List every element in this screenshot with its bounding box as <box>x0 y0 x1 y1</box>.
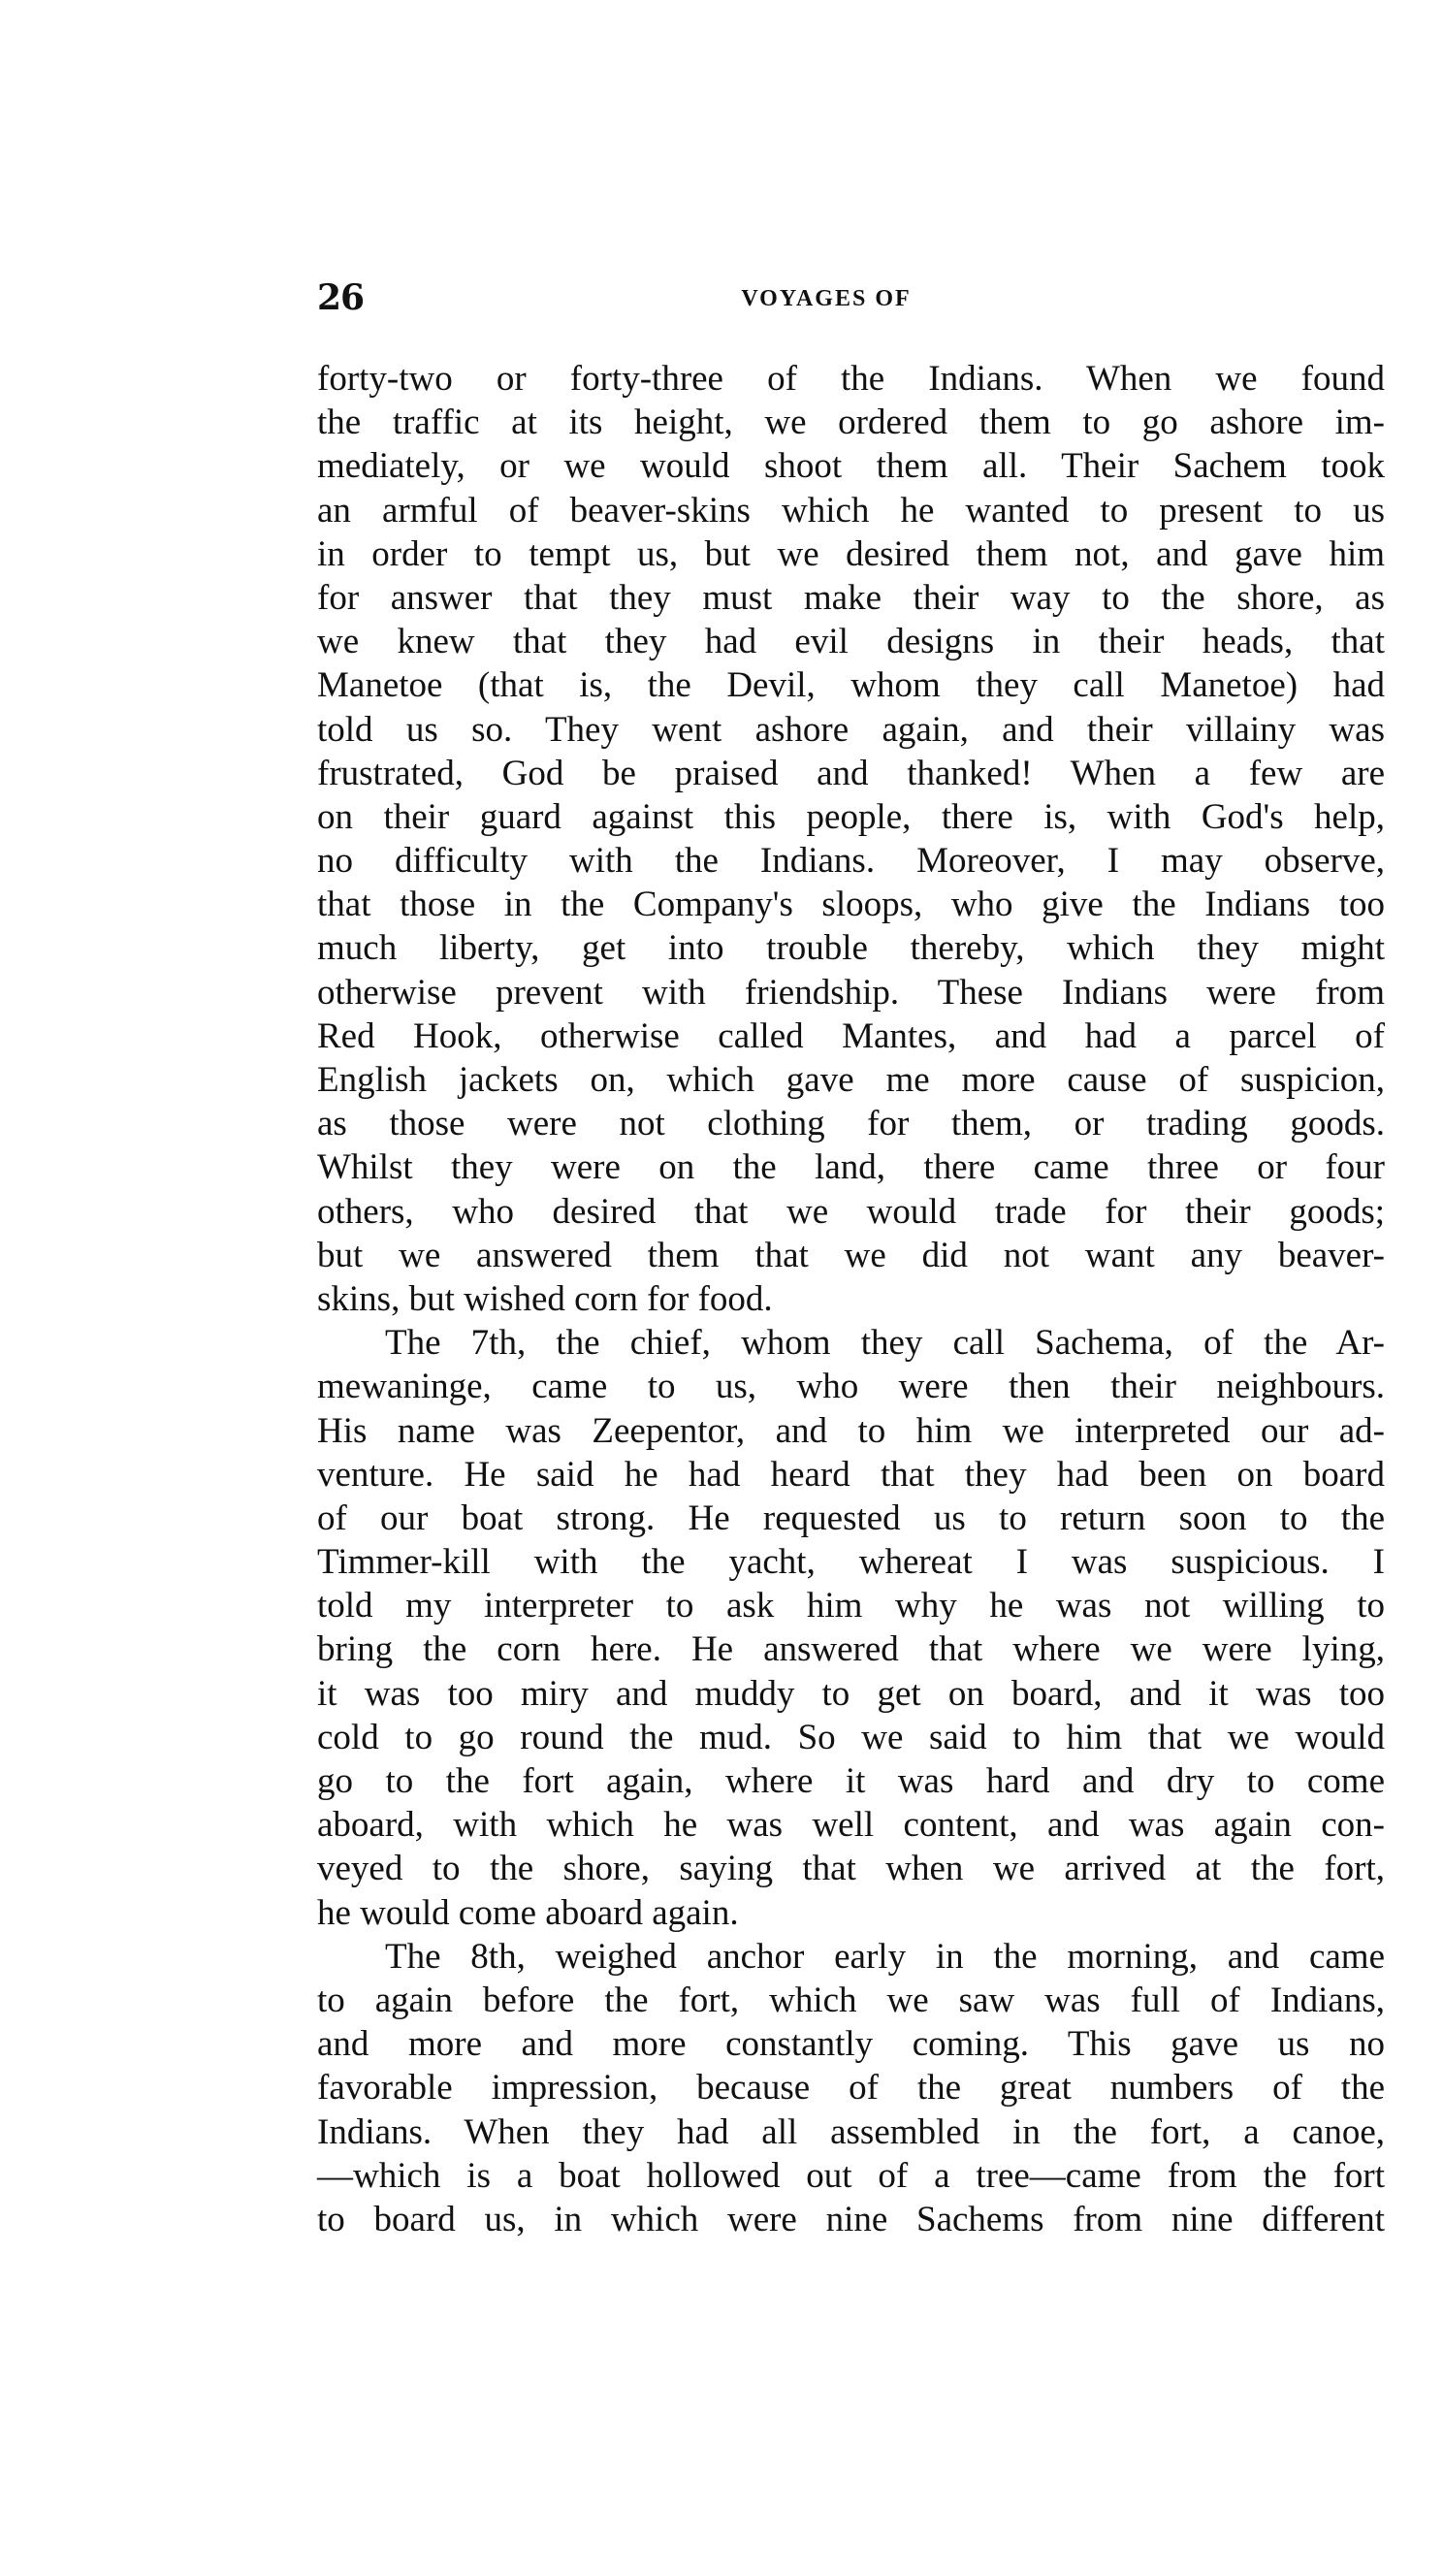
text-line: His name was Zeepentor, and to him we in… <box>317 1409 1385 1453</box>
text-line: go to the fort again, where it was hard … <box>317 1759 1385 1803</box>
text-line: The 8th, weighed anchor early in the mor… <box>317 1935 1385 1979</box>
text-line: forty-two or forty-three of the Indians.… <box>317 357 1385 401</box>
paragraph-3: The 8th, weighed anchor early in the mor… <box>317 1935 1385 2241</box>
text-line: but we answered them that we did not wan… <box>317 1234 1385 1277</box>
text-line: as those were not clothing for them, or … <box>317 1102 1385 1145</box>
text-line: Red Hook, otherwise called Mantes, and h… <box>317 1014 1385 1058</box>
text-line: Whilst they were on the land, there came… <box>317 1145 1385 1189</box>
text-line: no difficulty with the Indians. Moreover… <box>317 839 1385 883</box>
running-head: 26 VOYAGES OF <box>317 275 1384 320</box>
running-title: VOYAGES OF <box>317 279 1384 318</box>
text-line: on their guard against this people, ther… <box>317 795 1385 839</box>
text-line: veyed to the shore, saying that when we … <box>317 1847 1385 1890</box>
text-line: told my interpreter to ask him why he wa… <box>317 1584 1385 1627</box>
text-line: in order to tempt us, but we desired the… <box>317 532 1385 576</box>
text-line: that those in the Company's sloops, who … <box>317 883 1385 926</box>
text-line: an armful of beaver-skins which he wante… <box>317 489 1385 532</box>
text-line: it was too miry and muddy to get on boar… <box>317 1672 1385 1716</box>
text-line: aboard, with which he was well content, … <box>317 1803 1385 1847</box>
text-line: English jackets on, which gave me more c… <box>317 1058 1385 1102</box>
text-line: The 7th, the chief, whom they call Sache… <box>317 1321 1385 1365</box>
text-line: Manetoe (that is, the Devil, whom they c… <box>317 663 1385 707</box>
text-line: he would come aboard again. <box>317 1891 1385 1935</box>
text-line: the traffic at its height, we ordered th… <box>317 401 1385 444</box>
text-line: of our boat strong. He requested us to r… <box>317 1497 1385 1540</box>
text-line: for answer that they must make their way… <box>317 576 1385 620</box>
text-line: cold to go round the mud. So we said to … <box>317 1716 1385 1759</box>
text-line: we knew that they had evil designs in th… <box>317 620 1385 663</box>
text-line: to again before the fort, which we saw w… <box>317 1979 1385 2022</box>
text-line: others, who desired that we would trade … <box>317 1190 1385 1234</box>
text-line: mediately, or we would shoot them all. T… <box>317 444 1385 488</box>
paragraph-1: forty-two or forty-three of the Indians.… <box>317 357 1385 1321</box>
text-line: otherwise prevent with friendship. These… <box>317 971 1385 1014</box>
text-line: and more and more constantly coming. Thi… <box>317 2022 1385 2066</box>
paragraph-2: The 7th, the chief, whom they call Sache… <box>317 1321 1385 1935</box>
text-line: much liberty, get into trouble thereby, … <box>317 926 1385 970</box>
text-line: mewaninge, came to us, who were then the… <box>317 1365 1385 1408</box>
text-line: frustrated, God be praised and thanked! … <box>317 752 1385 795</box>
text-line: venture. He said he had heard that they … <box>317 1453 1385 1497</box>
text-line: told us so. They went ashore again, and … <box>317 708 1385 752</box>
text-line: to board us, in which were nine Sachems … <box>317 2198 1385 2241</box>
text-line: skins, but wished corn for food. <box>317 1277 1385 1321</box>
text-line: Indians. When they had all assembled in … <box>317 2110 1385 2154</box>
body-text: forty-two or forty-three of the Indians.… <box>317 357 1385 2241</box>
text-line: Timmer-kill with the yacht, whereat I wa… <box>317 1540 1385 1584</box>
text-line: bring the corn here. He answered that wh… <box>317 1627 1385 1671</box>
text-line: favorable impression, because of the gre… <box>317 2066 1385 2109</box>
text-line: —which is a boat hollowed out of a tree—… <box>317 2154 1385 2198</box>
book-page: 26 VOYAGES OF forty-two or forty-three o… <box>0 0 1443 2576</box>
